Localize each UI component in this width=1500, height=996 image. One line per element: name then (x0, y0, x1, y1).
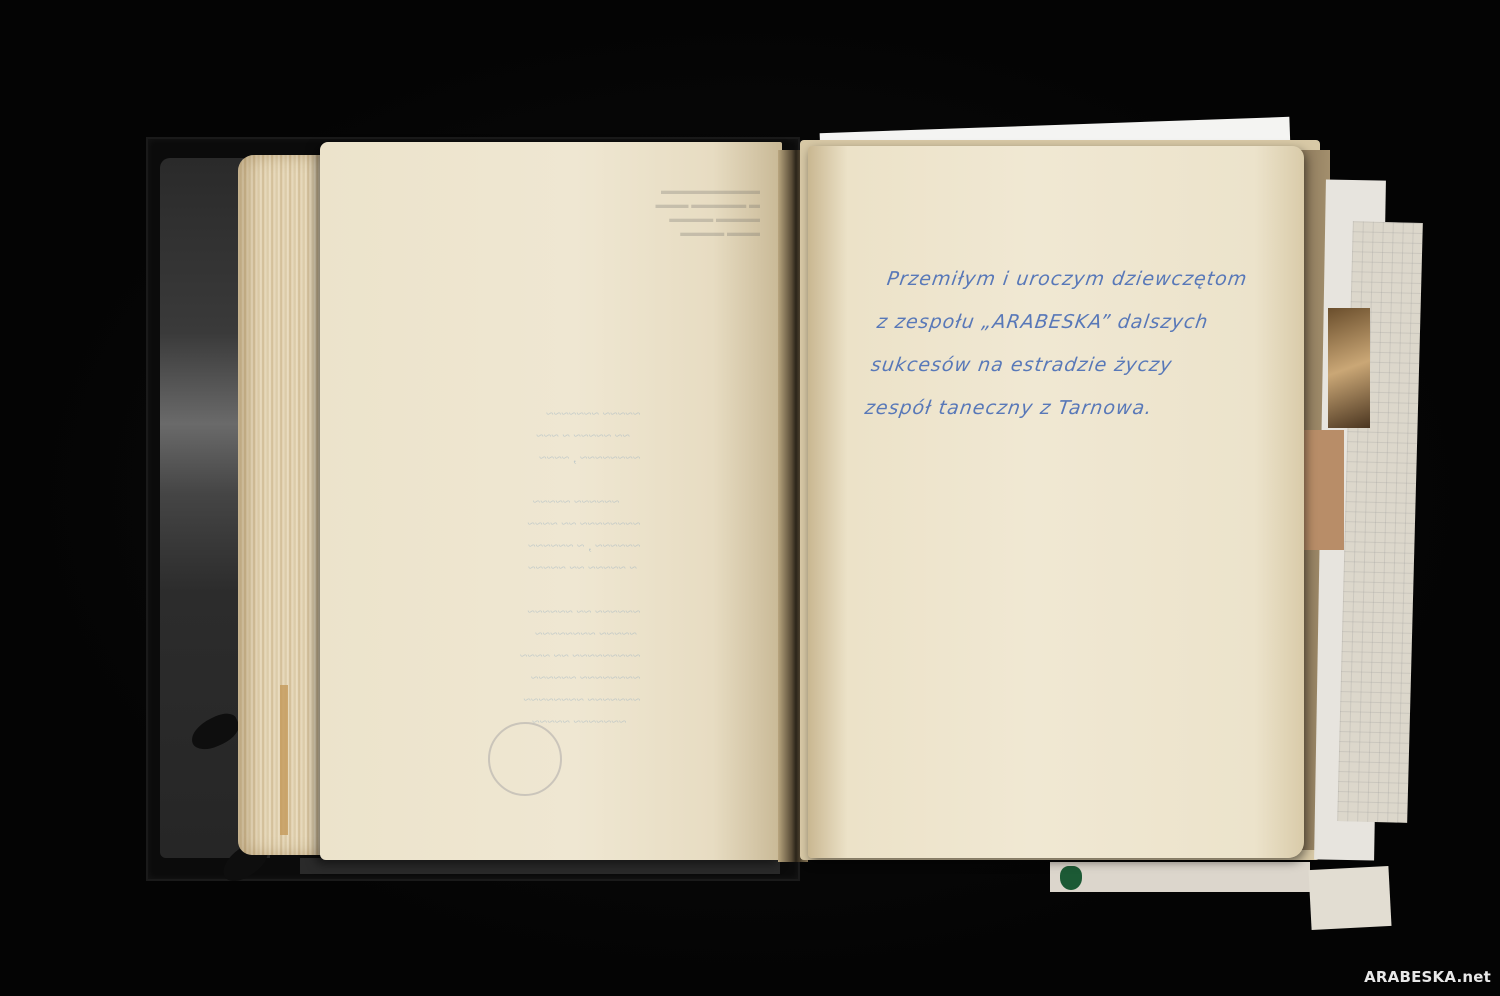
loose-paper-corner (1308, 866, 1391, 930)
handwritten-line: Przemiłym i uroczym dziewczętom (884, 258, 1306, 301)
bleed-through-header: ▬▬▬▬▬▬▬▬▬▬ ▬▬▬▬▬ ▬▬▬▬▬▬▬ ▬▬▬▬▬▬▬ ▬▬▬▬ (620, 184, 760, 274)
left-page: ▬▬▬▬▬▬▬▬▬▬ ▬▬▬▬▬ ▬▬▬▬▬▬▬ ▬▬▬▬▬▬▬ ▬▬▬▬ ~~… (320, 142, 782, 860)
site-watermark: ARABESKA.net (1364, 968, 1491, 986)
handwritten-dedication: Przemiłym i uroczym dziewczętom z zespoł… (862, 258, 1306, 430)
handwritten-line: zespół taneczny z Tarnowa. (862, 387, 1288, 430)
right-page: Przemiłym i uroczym dziewczętom z zespoł… (808, 146, 1304, 858)
loose-paper-brown (1304, 430, 1344, 550)
hand-shadow-icon (186, 709, 243, 756)
loose-paper-photo (1328, 308, 1370, 428)
bleed-through-text: ~~~~~ ~~~~~~~ ~~ ~~~~~ ~ ~~~ ~~~~~~~~ , … (520, 404, 641, 734)
paper-stain (280, 685, 288, 835)
green-ribbon-bookmark (1060, 866, 1082, 890)
photo-background: ▬▬▬▬▬▬▬▬▬▬ ▬▬▬▬▬ ▬▬▬▬▬▬▬ ▬▬▬▬▬▬▬ ▬▬▬▬ ~~… (0, 0, 1500, 996)
book-board-bottom (300, 858, 780, 874)
loose-paper-bottom (1050, 862, 1310, 892)
handwritten-line: sukcesów na estradzie życzy (868, 344, 1294, 387)
round-stamp (488, 722, 562, 796)
handwritten-line: z zespołu „ARABESKA” dalszych (874, 301, 1300, 344)
